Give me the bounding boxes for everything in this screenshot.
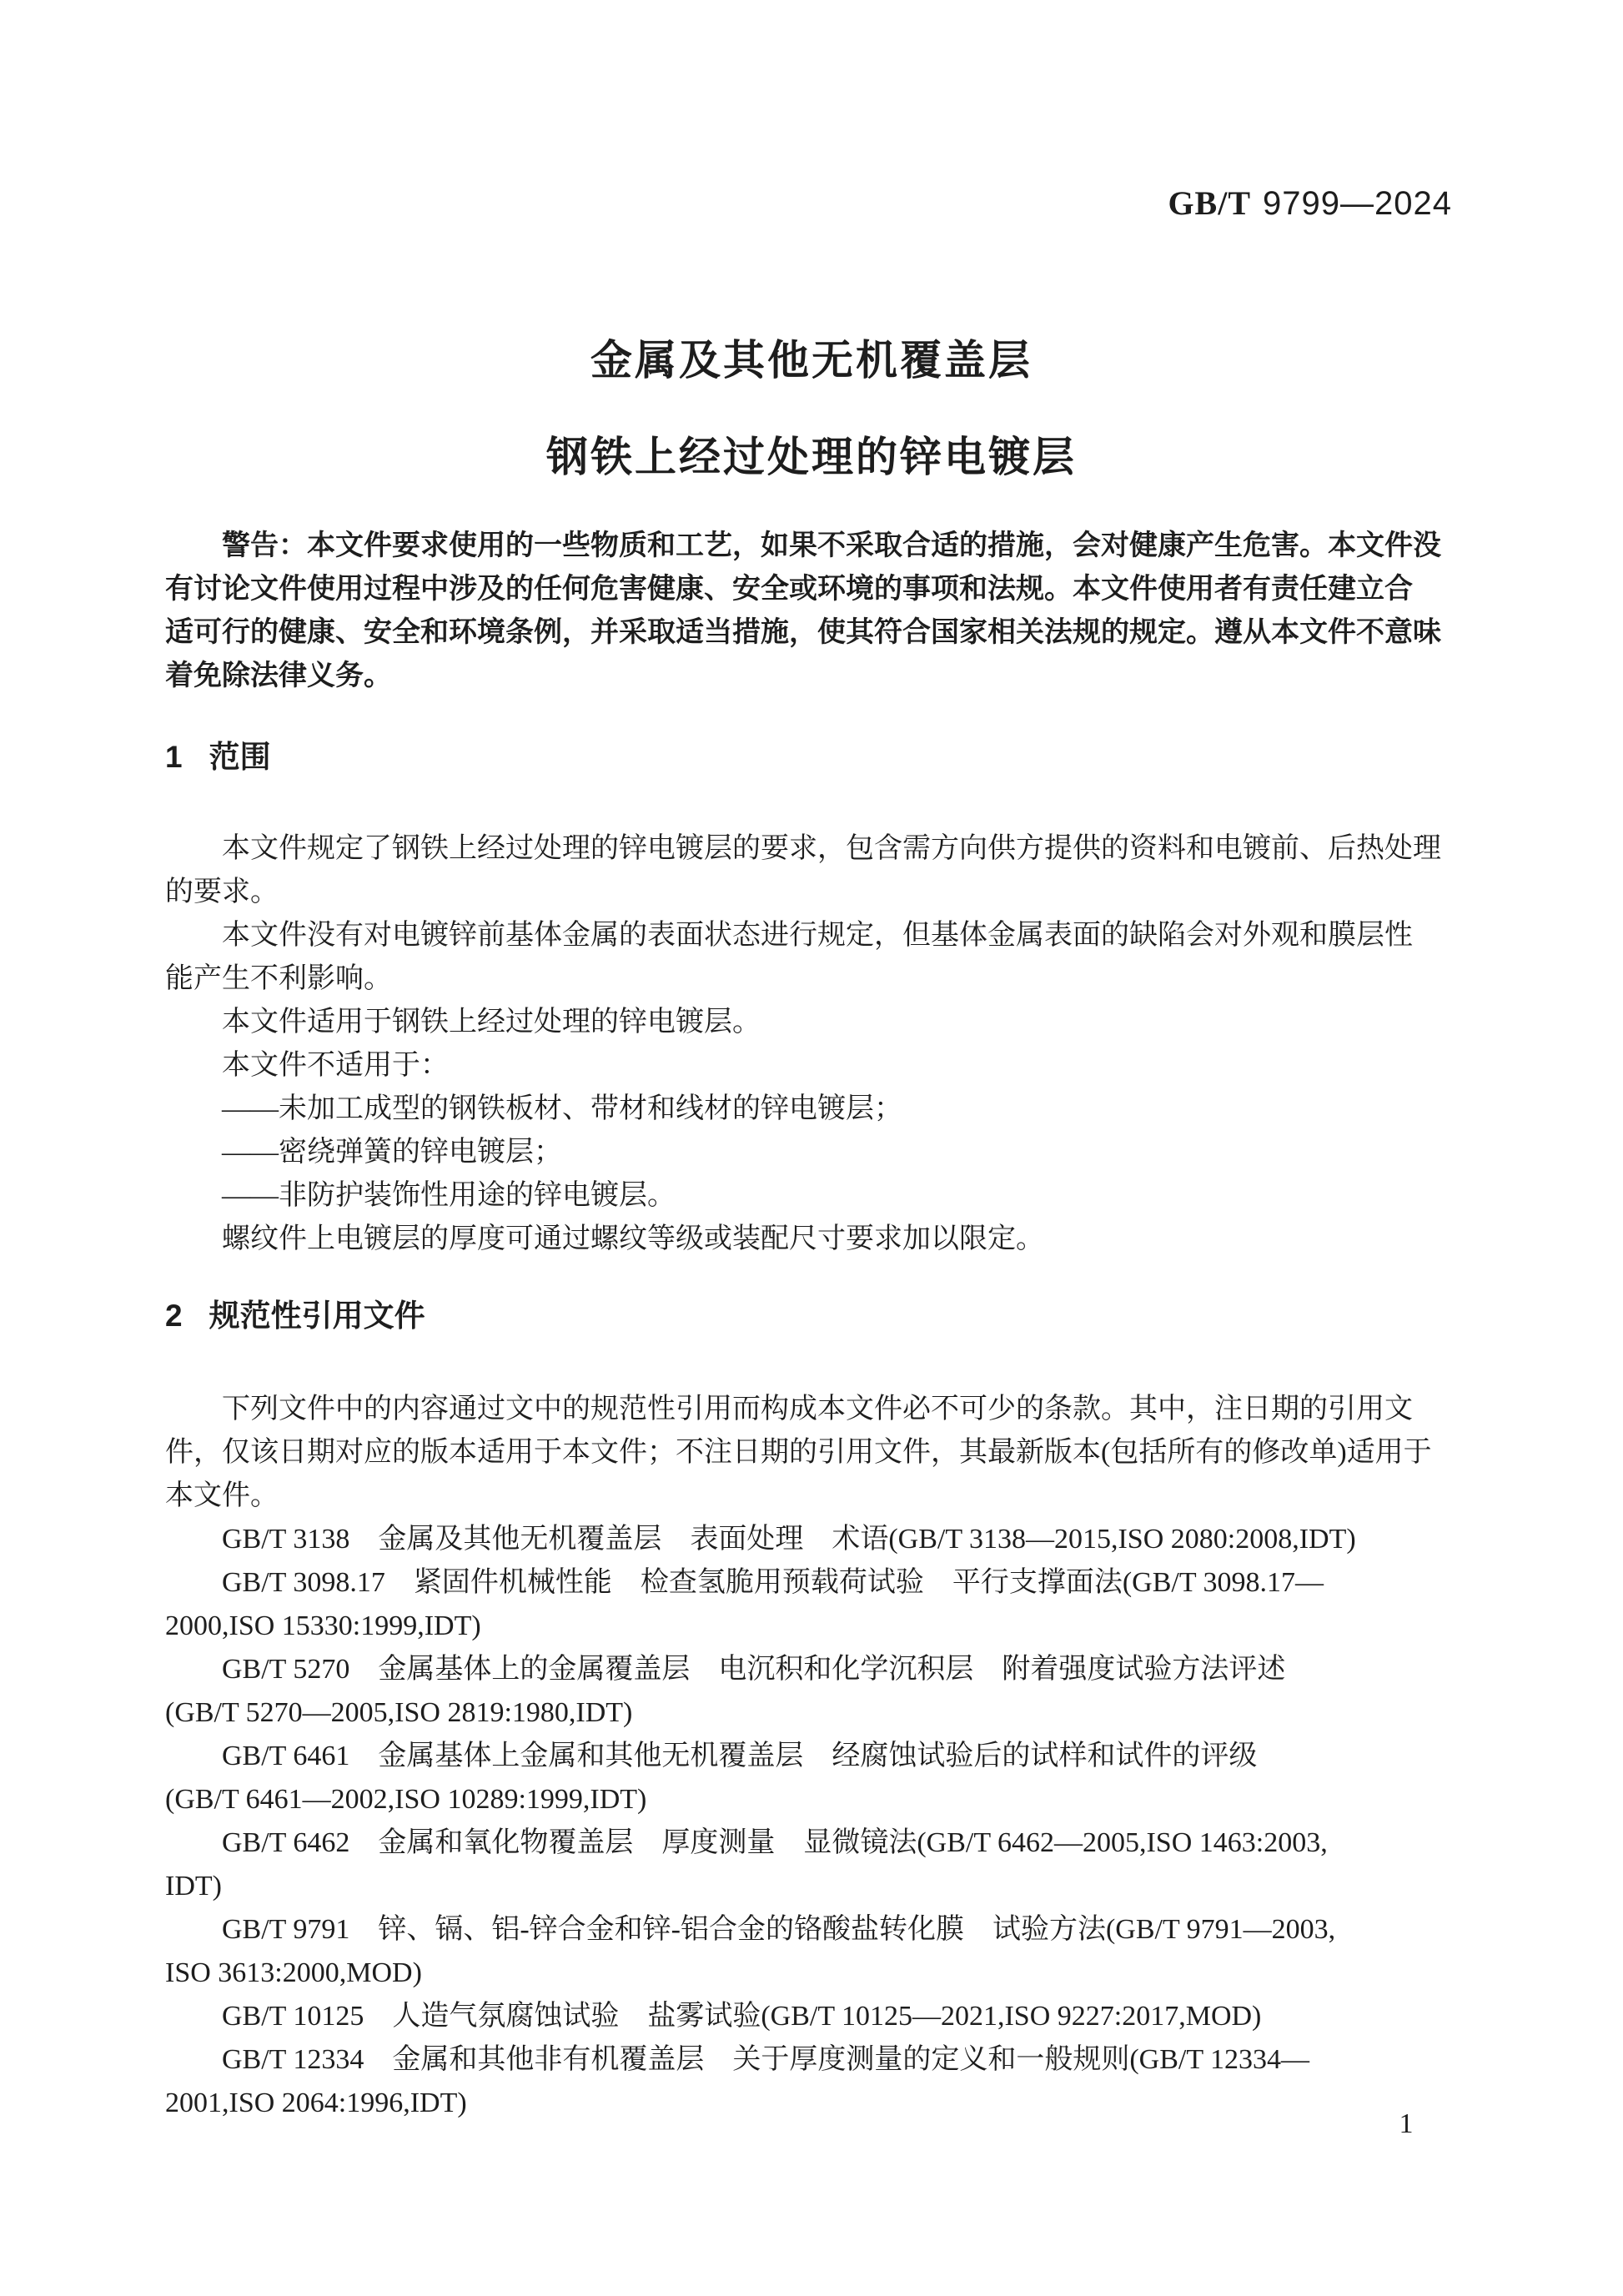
standard-code-prefix: GB/T (1168, 184, 1251, 222)
text-line: 件，仅该日期对应的版本适用于本文件；不注日期的引用文件，其最新版本(包括所有的修… (165, 1431, 1476, 1475)
document-body: 警告：本文件要求使用的一些物质和工艺，如果不采取合适的措施，会对健康产生危害。本… (165, 524, 1476, 2125)
text-line: 适可行的健康、安全和环境条例，并采取适当措施，使其符合国家相关法规的规定。遵从本… (165, 610, 1476, 654)
text-line: 螺纹件上电镀层的厚度可通过螺纹等级或装配尺寸要求加以限定。 (165, 1218, 1476, 1261)
section-2-intro: 下列文件中的内容通过文中的规范性引用而构成本文件必不可少的条款。其中，注日期的引… (165, 1388, 1476, 1518)
standard-code: GB/T9799—2024 (1168, 183, 1452, 223)
reference-item: GB/T 5270 金属基体上的金属覆盖层 电沉积和化学沉积层 附着强度试验方法… (165, 1648, 1476, 1691)
normative-references-list: GB/T 3138 金属及其他无机覆盖层 表面处理 术语(GB/T 3138—2… (165, 1518, 1476, 2125)
text-line: 着免除法律义务。 (165, 654, 1476, 697)
list-item-line: ——非防护装饰性用途的锌电镀层。 (165, 1174, 1476, 1218)
text-line: 下列文件中的内容通过文中的规范性引用而构成本文件必不可少的条款。其中，注日期的引… (165, 1388, 1476, 1431)
text-line: 有讨论文件使用过程中涉及的任何危害健康、安全或环境的事项和法规。本文件使用者有责… (165, 567, 1476, 610)
reference-item: GB/T 3138 金属及其他无机覆盖层 表面处理 术语(GB/T 3138—2… (165, 1518, 1476, 1561)
list-item-line: ——密绕弹簧的锌电镀层； (165, 1131, 1476, 1174)
list-item-line: ——未加工成型的钢铁板材、带材和线材的锌电镀层； (165, 1088, 1476, 1131)
reference-item: GB/T 10125 人造气氛腐蚀试验 盐雾试验(GB/T 10125—2021… (165, 1995, 1476, 2038)
reference-item: GB/T 6461 金属基体上金属和其他无机覆盖层 经腐蚀试验后的试样和试件的评… (165, 1735, 1476, 1778)
reference-item-continuation: ISO 3613:2000,MOD) (165, 1952, 1476, 1995)
text-line: 本文件。 (165, 1475, 1476, 1518)
text-line: 警告：本文件要求使用的一些物质和工艺，如果不采取合适的措施，会对健康产生危害。本… (165, 524, 1476, 567)
warning-paragraph: 警告：本文件要求使用的一些物质和工艺，如果不采取合适的措施，会对健康产生危害。本… (165, 524, 1476, 697)
text-line: 本文件规定了钢铁上经过处理的锌电镀层的要求，包含需方向供方提供的资料和电镀前、后… (165, 827, 1476, 871)
reference-item-continuation: 2000,ISO 15330:1999,IDT) (165, 1605, 1476, 1648)
text-line: 本文件不适用于： (165, 1044, 1476, 1088)
section-2-title: 规范性引用文件 (209, 1299, 425, 1333)
section-2-heading: 2规范性引用文件 (165, 1298, 1476, 1334)
reference-item-continuation: (GB/T 5270—2005,ISO 2819:1980,IDT) (165, 1691, 1476, 1735)
text-line: 能产生不利影响。 (165, 957, 1476, 1001)
section-1-content: 本文件规定了钢铁上经过处理的锌电镀层的要求，包含需方向供方提供的资料和电镀前、后… (165, 827, 1476, 1261)
section-1-heading: 1范围 (165, 739, 1476, 776)
section-1-number: 1 (165, 739, 183, 776)
reference-item: GB/T 6462 金属和氧化物覆盖层 厚度测量 显微镜法(GB/T 6462—… (165, 1821, 1476, 1865)
document-page: GB/T9799—2024 金属及其他无机覆盖层 钢铁上经过处理的锌电镀层 警告… (0, 0, 1623, 2296)
reference-item-continuation: (GB/T 6461—2002,ISO 10289:1999,IDT) (165, 1778, 1476, 1821)
document-title-line-2: 钢铁上经过处理的锌电镀层 (0, 424, 1623, 484)
reference-item-continuation: 2001,ISO 2064:1996,IDT) (165, 2082, 1476, 2125)
reference-item: GB/T 9791 锌、镉、铝-锌合金和锌-铝合金的铬酸盐转化膜 试验方法(GB… (165, 1908, 1476, 1952)
section-1-title: 范围 (209, 740, 271, 774)
section-2-number: 2 (165, 1298, 183, 1334)
page-number: 1 (1386, 2108, 1426, 2140)
reference-item-continuation: IDT) (165, 1865, 1476, 1908)
text-line: 本文件没有对电镀锌前基体金属的表面状态进行规定，但基体金属表面的缺陷会对外观和膜… (165, 914, 1476, 957)
text-line: 本文件适用于钢铁上经过处理的锌电镀层。 (165, 1001, 1476, 1044)
document-title: 金属及其他无机覆盖层 钢铁上经过处理的锌电镀层 (0, 327, 1623, 484)
reference-item: GB/T 12334 金属和其他非有机覆盖层 关于厚度测量的定义和一般规则(GB… (165, 2038, 1476, 2082)
standard-code-number: 9799—2024 (1263, 185, 1452, 222)
reference-item: GB/T 3098.17 紧固件机械性能 检查氢脆用预载荷试验 平行支撑面法(G… (165, 1561, 1476, 1605)
document-title-line-1: 金属及其他无机覆盖层 (0, 327, 1623, 387)
text-line: 的要求。 (165, 871, 1476, 914)
